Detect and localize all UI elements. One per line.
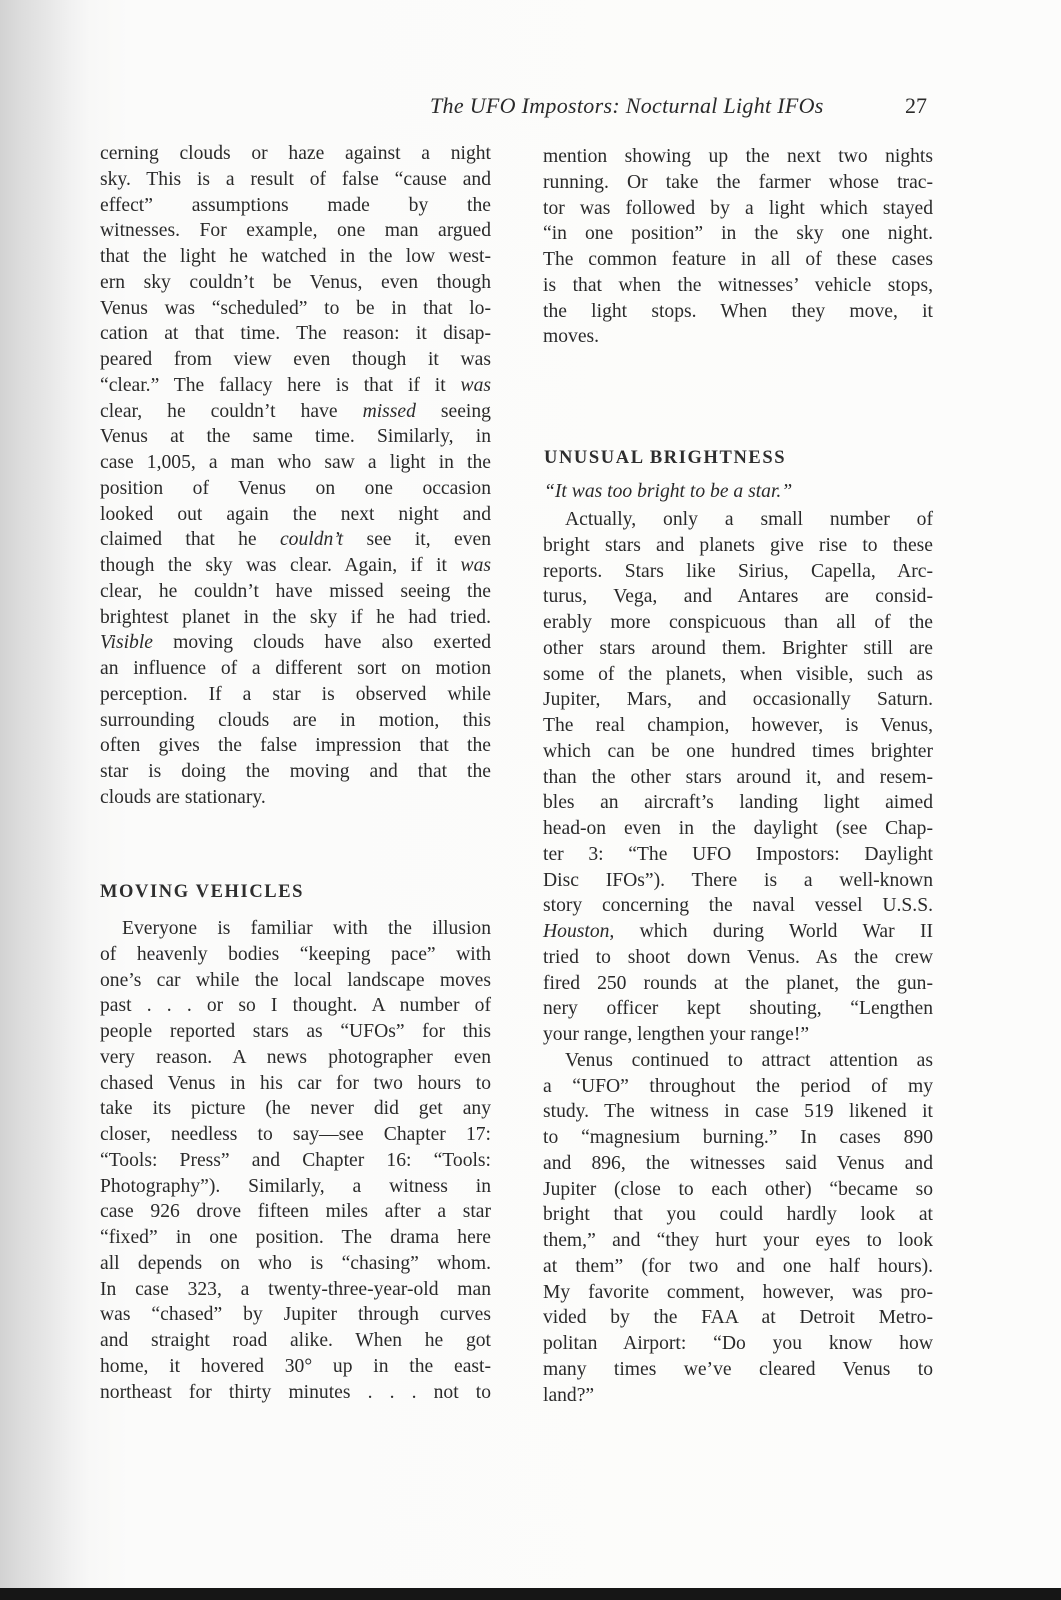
text-line: other stars around them. Brighter still … (543, 636, 933, 662)
text-line: Actually, only a small number of (543, 507, 933, 533)
text-line: peared from view even though it was (100, 347, 491, 373)
text-line: some of the planets, when visible, such … (543, 662, 933, 688)
text-line: people reported stars as “UFOs” for this (100, 1019, 491, 1045)
text-line: to “magnesium burning.” In cases 890 (543, 1125, 933, 1151)
text-line: and 896, the witnesses said Venus and (543, 1151, 933, 1177)
paragraph-venus-continued: Venus continued to attract attention asa… (543, 1048, 933, 1409)
text-line: chased Venus in his car for two hours to (100, 1071, 491, 1097)
text-line: The real champion, however, is Venus, (543, 713, 933, 739)
text-line: cerning clouds or haze against a night (100, 141, 491, 167)
emphasis-text: was (461, 555, 492, 576)
text-line: In case 323, a twenty-three-year-old man (100, 1277, 491, 1303)
text-line: Jupiter (close to each other) “became so (543, 1177, 933, 1203)
paragraph-clouds-continued: cerning clouds or haze against a nightsk… (100, 141, 491, 811)
text-line: your range, lengthen your range!” (543, 1022, 933, 1048)
right-column: mention showing up the next two nightsru… (543, 144, 933, 350)
text-line: clear, he couldn’t have missed seeing th… (100, 579, 491, 605)
scan-bottom-edge (0, 1588, 1061, 1600)
paragraph-moving-vehicles: Everyone is familiar with the illusionof… (100, 916, 491, 1405)
text-line: northeast for thirty minutes . . . not t… (100, 1380, 491, 1406)
text-line: claimed that he couldn’t see it, even (100, 527, 491, 553)
text-line: Photography”). Similarly, a witness in (100, 1174, 491, 1200)
text-line: often gives the false impression that th… (100, 733, 491, 759)
text-line: ter 3: “The UFO Impostors: Daylight (543, 842, 933, 868)
text-line: effect” assumptions made by the (100, 193, 491, 219)
running-head-title: The UFO Impostors: Nocturnal Light IFOs (430, 93, 824, 119)
text-line: Jupiter, Mars, and occasionally Saturn. (543, 687, 933, 713)
text-line: an influence of a different sort on moti… (100, 656, 491, 682)
text-line: position of Venus on one occasion (100, 476, 491, 502)
emphasis-text: couldn’t (280, 529, 343, 550)
paragraph-vehicle-stops: mention showing up the next two nightsru… (543, 144, 933, 350)
text-line: was “chased” by Jupiter through curves (100, 1302, 491, 1328)
text-line: surrounding clouds are in motion, this (100, 708, 491, 734)
text-line: running. Or take the farmer whose trac- (543, 170, 933, 196)
text-line: The common feature in all of these cases (543, 247, 933, 273)
emphasis-text: missed (363, 401, 416, 422)
text-line: case 926 drove fifteen miles after a sta… (100, 1199, 491, 1225)
text-line: though the sky was clear. Again, if it w… (100, 553, 491, 579)
text-line: bright stars and planets give rise to th… (543, 533, 933, 559)
text-line: story concerning the naval vessel U.S.S. (543, 893, 933, 919)
text-line: at them” (for two and one half hours). (543, 1254, 933, 1280)
text-line: is that when the witnesses’ vehicle stop… (543, 273, 933, 299)
text-line: vided by the FAA at Detroit Metro- (543, 1305, 933, 1331)
text-line: one’s car while the local landscape move… (100, 968, 491, 994)
text-line: moves. (543, 324, 933, 350)
text-line: bles an aircraft’s landing light aimed (543, 790, 933, 816)
text-line: witnesses. For example, one man argued (100, 218, 491, 244)
text-line: “fixed” in one position. The drama here (100, 1225, 491, 1251)
text-line: study. The witness in case 519 likened i… (543, 1099, 933, 1125)
text-line: of heavenly bodies “keeping pace” with (100, 942, 491, 968)
text-line: tor was followed by a light which stayed (543, 196, 933, 222)
emphasis-text: was (461, 375, 492, 396)
text-line: perception. If a star is observed while (100, 682, 491, 708)
text-line: a “UFO” throughout the period of my (543, 1074, 933, 1100)
text-line: “Tools: Press” and Chapter 16: “Tools: (100, 1148, 491, 1174)
book-page: The UFO Impostors: Nocturnal Light IFOs … (0, 0, 1061, 1588)
text-line: “clear.” The fallacy here is that if it … (100, 373, 491, 399)
text-line: which can be one hundred times brighter (543, 739, 933, 765)
text-line: mention showing up the next two nights (543, 144, 933, 170)
text-line: bright that you could hardly look at (543, 1202, 933, 1228)
emphasis-text: Visible (100, 632, 153, 653)
text-line: erably more conspicuous than all of the (543, 610, 933, 636)
section-heading-unusual-brightness: UNUSUAL BRIGHTNESS (544, 448, 786, 469)
left-column-section-2: Everyone is familiar with the illusionof… (100, 916, 491, 1405)
text-line: reports. Stars like Sirius, Capella, Arc… (543, 559, 933, 585)
text-line: sky. This is a result of false “cause an… (100, 167, 491, 193)
text-line: Venus at the same time. Similarly, in (100, 424, 491, 450)
text-line: star is doing the moving and that the (100, 759, 491, 785)
paragraph-actually-bright-stars: Actually, only a small number ofbright s… (543, 507, 933, 1048)
section-heading-moving-vehicles: MOVING VEHICLES (100, 882, 304, 903)
text-line: ern sky couldn’t be Venus, even though (100, 270, 491, 296)
text-line: brightest planet in the sky if he had tr… (100, 605, 491, 631)
page-number: 27 (905, 93, 927, 119)
text-line: the light stops. When they move, it (543, 299, 933, 325)
text-line: past . . . or so I thought. A number of (100, 993, 491, 1019)
text-line: home, it hovered 30° up in the east- (100, 1354, 491, 1380)
text-line: and straight road alike. When he got (100, 1328, 491, 1354)
text-line: that the light he watched in the low wes… (100, 244, 491, 270)
text-line: tried to shoot down Venus. As the crew (543, 945, 933, 971)
text-line: turus, Vega, and Antares are consid- (543, 584, 933, 610)
text-line: Venus was “scheduled” to be in that lo- (100, 296, 491, 322)
emphasis-text: Houston, (543, 921, 614, 942)
text-line: Everyone is familiar with the illusion (100, 916, 491, 942)
text-line: closer, needless to say—see Chapter 17: (100, 1122, 491, 1148)
text-line: head-on even in the daylight (see Chap- (543, 816, 933, 842)
text-line: Disc IFOs”). There is a well-known (543, 868, 933, 894)
text-line: Visible moving clouds have also exerted (100, 630, 491, 656)
text-line: “in one position” in the sky one night. (543, 221, 933, 247)
text-line: case 1,005, a man who saw a light in the (100, 450, 491, 476)
text-line: nery officer kept shouting, “Lengthen (543, 996, 933, 1022)
text-line: Houston, which during World War II (543, 919, 933, 945)
text-line: very reason. A news photographer even (100, 1045, 491, 1071)
text-line: take its picture (he never did get any (100, 1096, 491, 1122)
text-line: fired 250 rounds at the planet, the gun- (543, 971, 933, 997)
text-line: politan Airport: “Do you know how (543, 1331, 933, 1357)
left-column: cerning clouds or haze against a nightsk… (100, 141, 491, 811)
text-line: looked out again the next night and (100, 502, 491, 528)
section-epigraph: “It was too bright to be a star.” (544, 481, 792, 503)
text-line: My favorite comment, however, was pro- (543, 1280, 933, 1306)
text-line: than the other stars around it, and rese… (543, 765, 933, 791)
text-line: all depends on who is “chasing” whom. (100, 1251, 491, 1277)
text-line: many times we’ve cleared Venus to (543, 1357, 933, 1383)
text-line: cation at that time. The reason: it disa… (100, 321, 491, 347)
text-line: them,” and “they hurt your eyes to look (543, 1228, 933, 1254)
text-line: land?” (543, 1383, 933, 1409)
text-line: clouds are stationary. (100, 785, 491, 811)
text-line: Venus continued to attract attention as (543, 1048, 933, 1074)
text-line: clear, he couldn’t have missed seeing (100, 399, 491, 425)
right-column-section-2: Actually, only a small number ofbright s… (543, 507, 933, 1408)
